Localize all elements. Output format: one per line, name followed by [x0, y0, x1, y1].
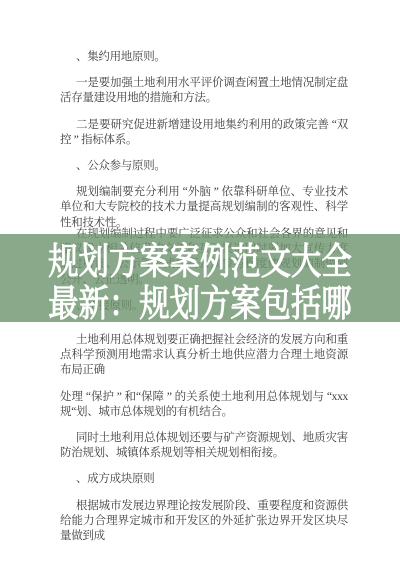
paragraph: 土地利用总体规划要正确把握社会经济的发展方向和重点科学预测用地需求认真分析土地供…	[60, 333, 348, 379]
document-text-above-banner: 、集约用地原则。 一是要加强土地利用水平评价调查闲置土地情况制定盘活存量建设用地…	[60, 50, 348, 242]
paragraph: 、集约用地原则。	[60, 50, 348, 65]
paragraph: 规划编制要充分利用 “外脑 ” 依靠科研单位、专业技术单位和大专院校的技术力量提…	[60, 185, 348, 231]
document-text-below-banner: 土地利用总体规划要正确把握社会经济的发展方向和重点科学预测用地需求认真分析土地供…	[60, 333, 348, 555]
paragraph: 处理 “保护 ” 和“保障 ” 的关系使土地利用总体规划与 “xxx 规“划、城…	[60, 390, 348, 420]
paragraph: 二是要研究促进新增建设用地集约利用的政策完善 “双控 ” 指标体系。	[60, 118, 348, 148]
overlay-title-line1: 规划方案案例范文大全	[36, 241, 364, 283]
paragraph: 、成方成块原则	[60, 472, 348, 487]
paragraph: 根据城市发展边界理论按发展阶段、重要程度和资源供给能力合理界定城市和开发区的外延…	[60, 499, 348, 545]
paragraph: 同时土地利用总体规划还要与矿产资源规划、地质灾害防治规划、城镇体系规划等相关规划…	[60, 431, 348, 461]
paragraph: 一是要加强土地利用水平评价调查闲置土地情况制定盘活存量建设用地的措施和方法。	[60, 76, 348, 106]
paragraph: 、公众参与原则。	[60, 159, 348, 174]
title-overlay-banner: 规划方案案例范文大全 最新：规划方案包括哪	[0, 234, 400, 322]
overlay-title-line2: 最新：规划方案包括哪	[36, 283, 364, 322]
overlay-title: 规划方案案例范文大全 最新：规划方案包括哪	[0, 234, 400, 322]
